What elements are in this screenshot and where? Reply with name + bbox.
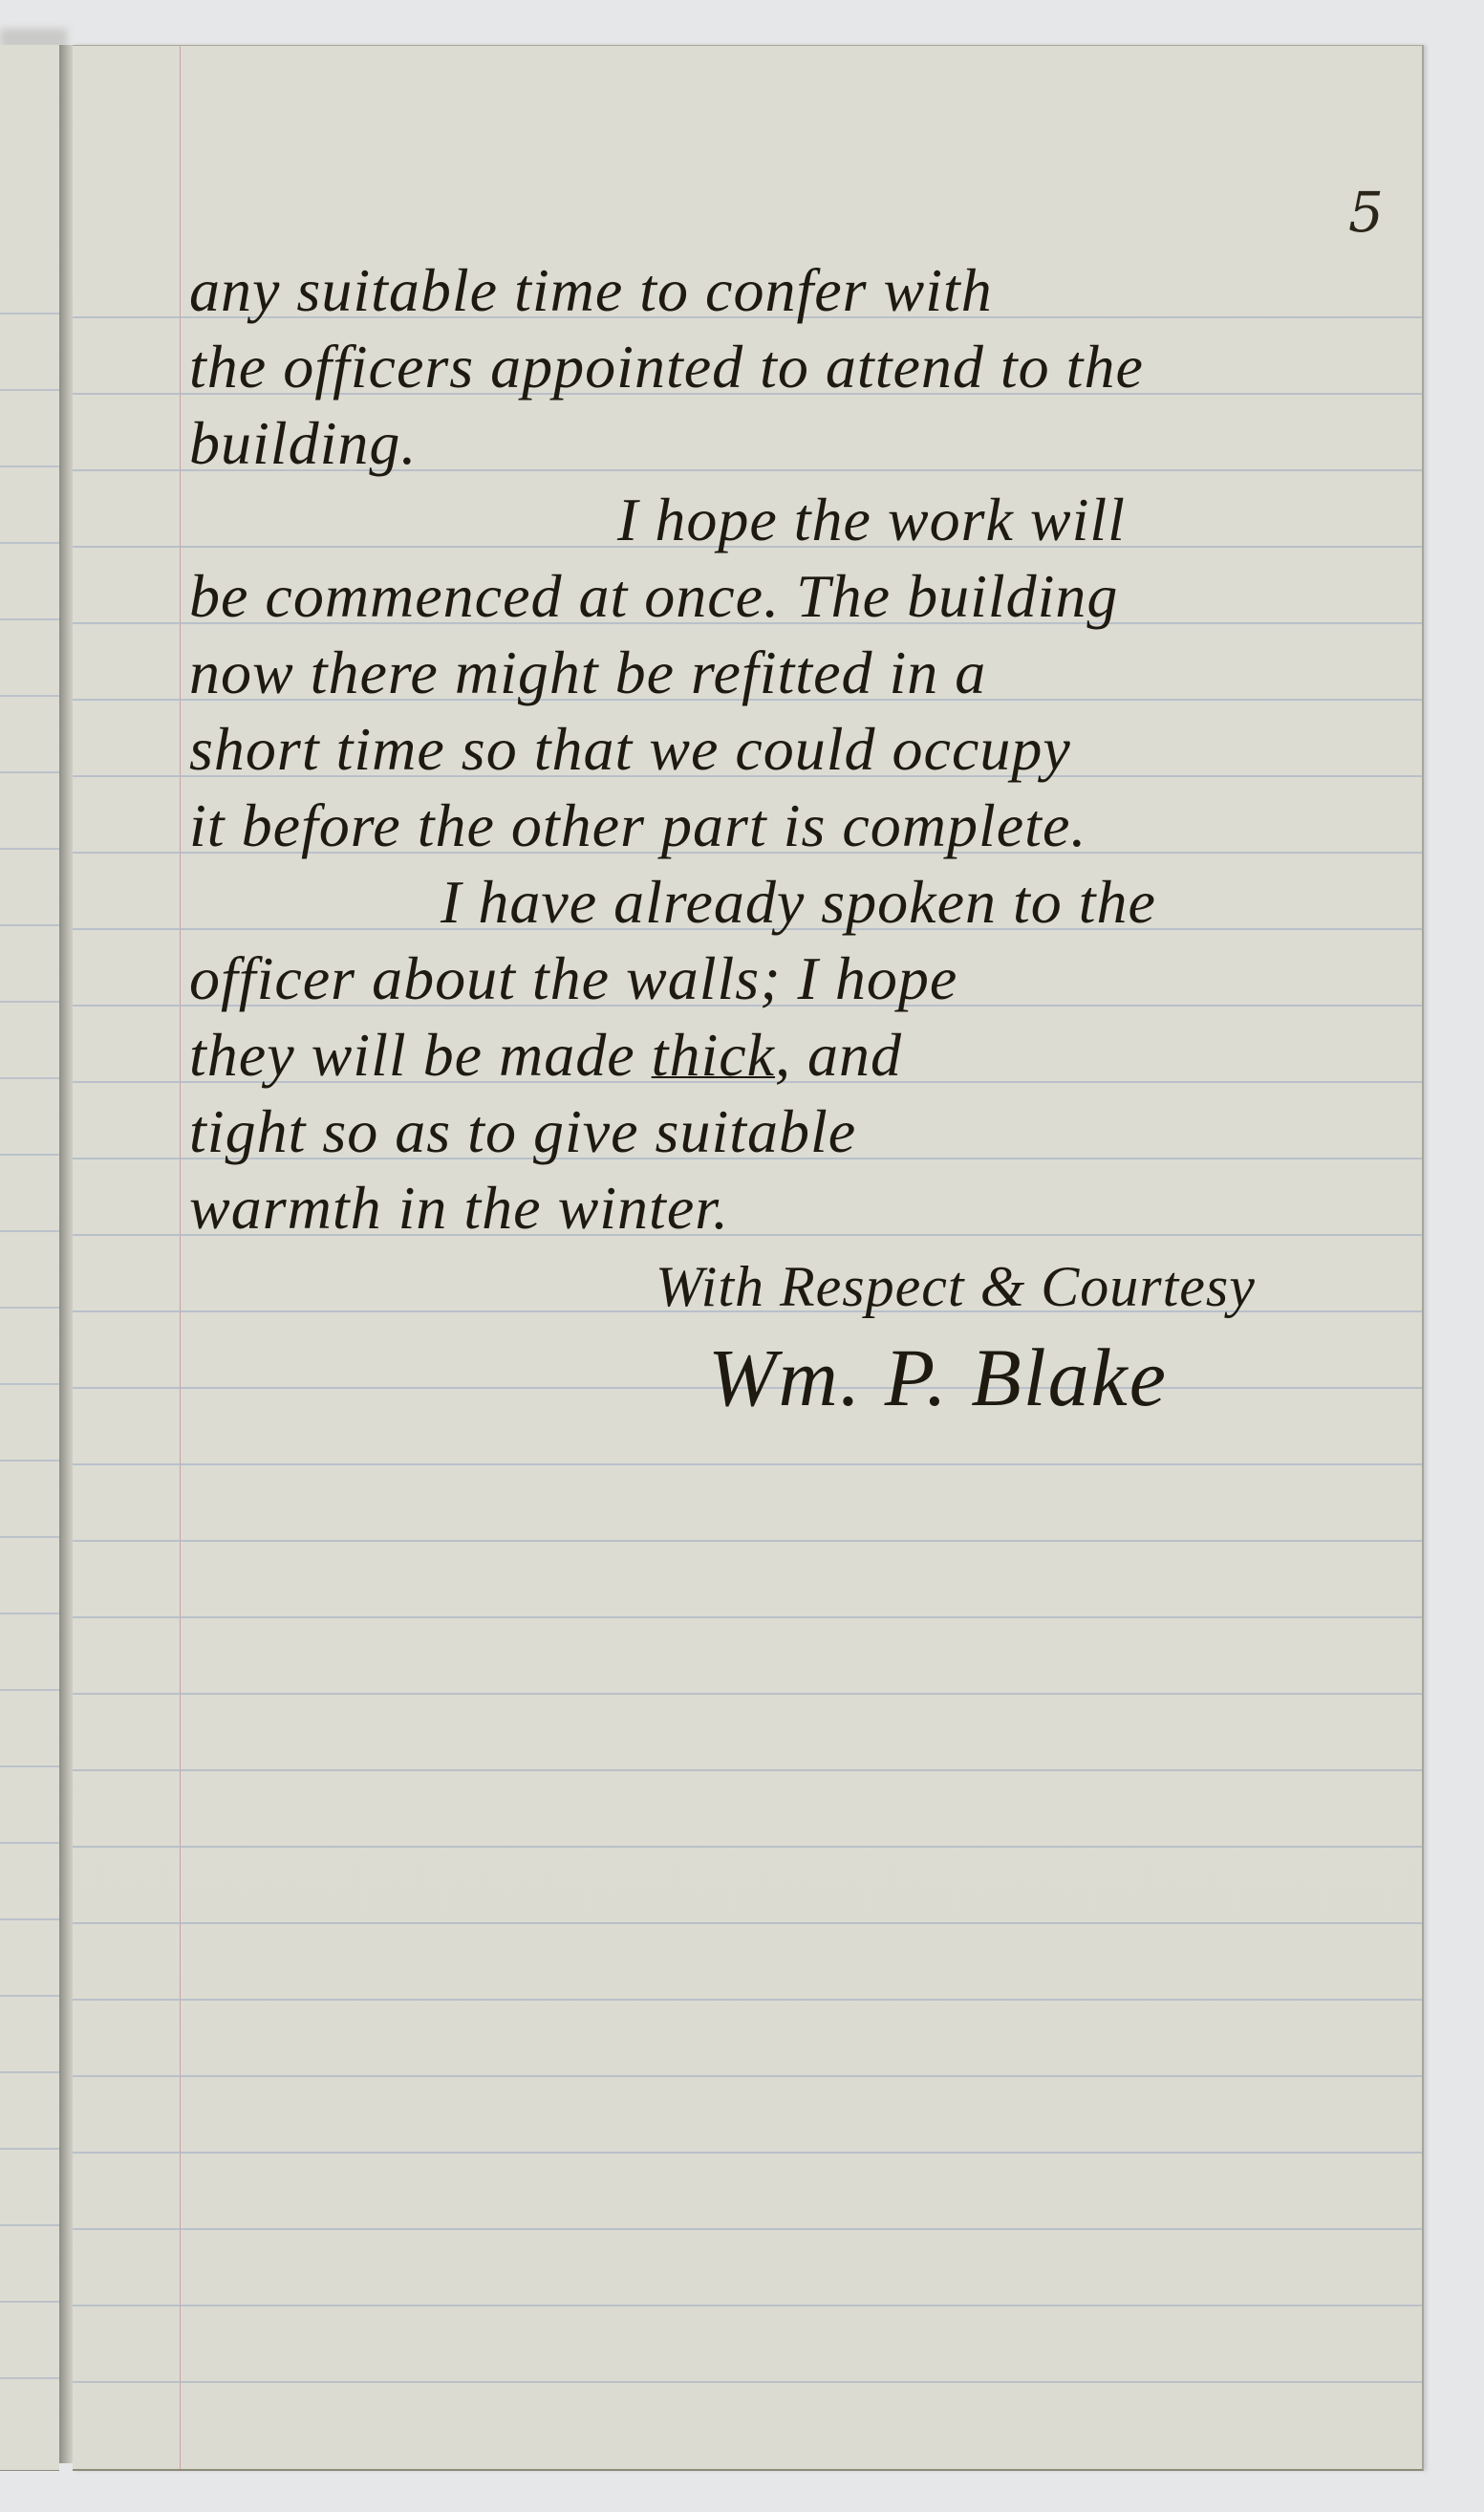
ruled-line: [0, 2224, 59, 2226]
ruled-line: [0, 1842, 59, 1844]
ruled-line: [0, 542, 59, 544]
ruled-line: [73, 1693, 1422, 1695]
text-line: be commenced at once. The building: [189, 566, 1118, 627]
text-line: officer about the walls; I hope: [189, 948, 957, 1009]
ruled-line: [0, 618, 59, 620]
ruled-line: [73, 2381, 1422, 2383]
ruled-line: [0, 1307, 59, 1309]
text-line: warmth in the winter.: [189, 1178, 729, 1239]
ruled-line: [0, 1613, 59, 1614]
ruled-line: [0, 2071, 59, 2073]
ruled-line: [0, 1918, 59, 1920]
ruled-line: [73, 1616, 1422, 1618]
ruled-line: [0, 1995, 59, 1997]
page-number: 5: [1348, 180, 1384, 245]
ruled-line: [73, 1540, 1422, 1542]
ruled-line: [0, 2148, 59, 2150]
ruled-line: [73, 2228, 1422, 2230]
book-gutter: [59, 45, 73, 2463]
text-line: it before the other part is complete.: [189, 795, 1086, 856]
ruled-line: [0, 771, 59, 773]
text-line: they will be made thick, and: [189, 1025, 902, 1086]
ruled-line: [0, 2377, 59, 2379]
ruled-line: [0, 2301, 59, 2303]
ruled-line: [0, 1001, 59, 1003]
ruled-line: [0, 695, 59, 697]
signature: Wm. P. Blake: [708, 1336, 1168, 1418]
ruled-line: [73, 2152, 1422, 2154]
ruled-line: [0, 1765, 59, 1767]
text-line: now there might be refitted in a: [189, 642, 986, 704]
text-line: I have already spoken to the: [441, 872, 1156, 933]
ruled-line: [0, 1383, 59, 1385]
ruled-line: [0, 1689, 59, 1691]
text-line: building.: [189, 413, 417, 474]
ruled-line: [0, 1154, 59, 1156]
ruled-line: [0, 313, 59, 314]
manuscript-page: 5 any suitable time to confer with the o…: [73, 45, 1424, 2471]
ruled-line: [73, 1846, 1422, 1848]
ruled-line: [0, 1460, 59, 1462]
text-segment: they will be made: [189, 1021, 635, 1089]
ruled-line: [0, 466, 59, 467]
previous-page-edge: [0, 45, 59, 2471]
ruled-line: [0, 1077, 59, 1079]
ruled-line: [0, 848, 59, 850]
ruled-line: [0, 1536, 59, 1538]
emphasized-word: thick: [652, 1021, 775, 1089]
margin-line: [180, 46, 181, 2469]
ruled-line: [73, 1463, 1422, 1465]
text-line: any suitable time to confer with: [189, 260, 993, 321]
closing-salutation: With Respect & Courtesy: [656, 1258, 1256, 1315]
ruled-line: [73, 1769, 1422, 1771]
text-segment: , and: [775, 1021, 902, 1089]
text-line: the officers appointed to attend to the: [189, 336, 1144, 398]
ruled-line: [0, 389, 59, 391]
ruled-line: [0, 924, 59, 926]
ruled-line: [0, 1230, 59, 1232]
text-line: short time so that we could occupy: [189, 719, 1071, 780]
text-line: I hope the work will: [617, 489, 1126, 551]
ruled-line: [73, 2075, 1422, 2077]
ruled-line: [73, 1922, 1422, 1924]
ruled-line: [73, 2305, 1422, 2306]
text-line: tight so as to give suitable: [189, 1101, 856, 1162]
ruled-line: [73, 1999, 1422, 2001]
